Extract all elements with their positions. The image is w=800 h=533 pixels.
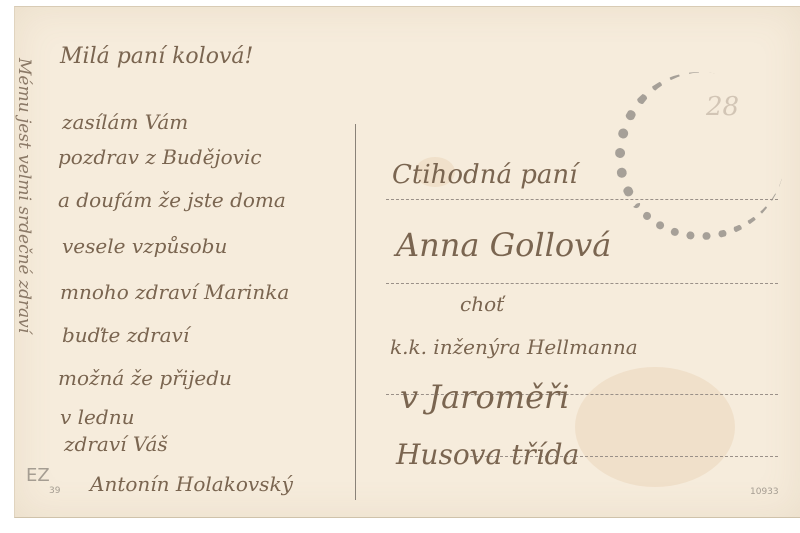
address-line: choť xyxy=(460,292,504,316)
message-line: v lednu xyxy=(60,405,134,429)
message-line: buďte zdraví xyxy=(62,323,189,347)
signature: Antonín Holakovský xyxy=(90,472,293,496)
side-note: Mému jest velmi srdečné zdraví xyxy=(14,58,34,333)
message-line: zasílám Vám xyxy=(62,110,188,134)
recipient-name: Anna Gollová xyxy=(396,226,611,264)
address-line: k.k. inženýra Hellmanna xyxy=(390,335,638,359)
message-line: a doufám že jste doma xyxy=(58,188,286,212)
address-city: v Jaroměři xyxy=(400,378,570,416)
center-divider xyxy=(355,124,356,500)
series-number: 39 xyxy=(49,486,60,496)
message-line: mnoho zdraví Marinka xyxy=(60,280,289,304)
address-street: Husova třída xyxy=(396,438,579,471)
publisher-logo: EZ xyxy=(26,468,40,484)
address-salutation: Ctihodná paní xyxy=(392,160,577,190)
pencil-number: 28 xyxy=(706,92,739,122)
paper-stain xyxy=(575,367,735,487)
greeting: Milá paní kolová! xyxy=(60,44,253,69)
message-line: možná že přijedu xyxy=(58,366,232,390)
address-line-rule xyxy=(386,199,778,200)
message-line: zdraví Váš xyxy=(64,432,168,456)
message-line: vesele vzpůsobu xyxy=(62,234,227,258)
address-line-rule xyxy=(386,283,778,284)
message-line: pozdrav z Budějovic xyxy=(58,145,262,169)
card-number: 10933 xyxy=(750,487,779,497)
